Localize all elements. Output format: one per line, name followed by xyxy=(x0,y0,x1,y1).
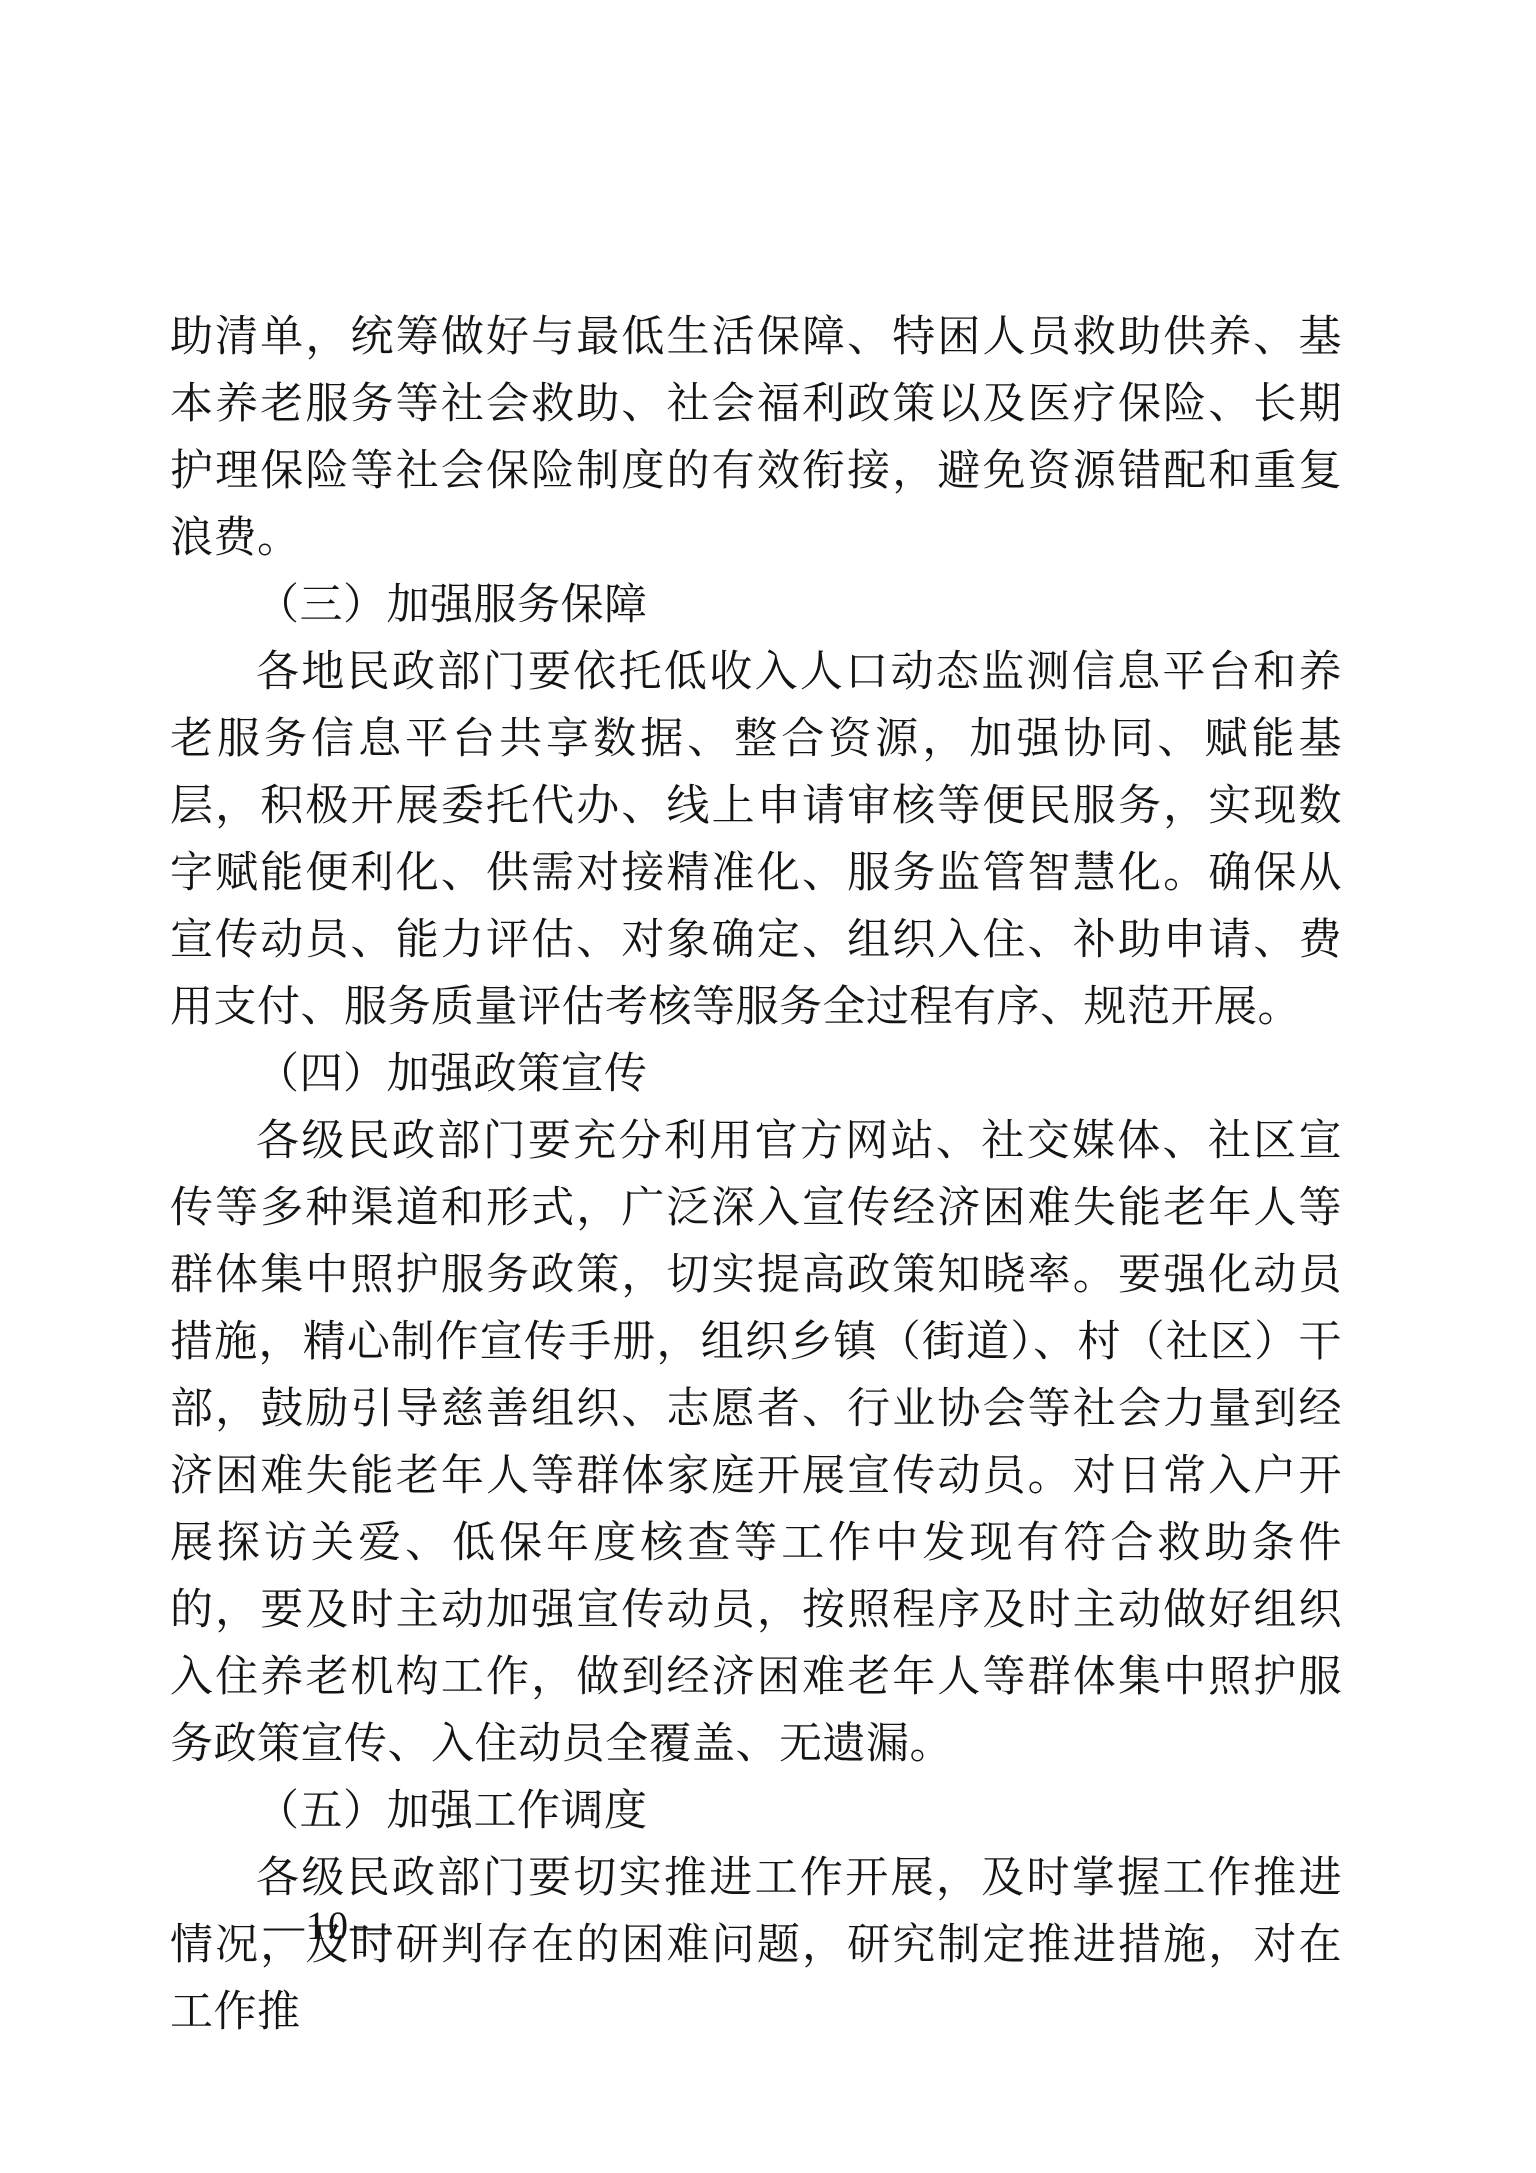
paragraph-policy-publicity: 各级民政部门要充分利用官方网站、社交媒体、社区宣传等多种渠道和形式，广泛深入宣传… xyxy=(170,1108,1342,1778)
section-heading-4-policy-publicity: （四）加强政策宣传 xyxy=(170,1041,1342,1108)
section-heading-5-work-scheduling: （五）加强工作调度 xyxy=(170,1778,1342,1845)
page-number: —10— xyxy=(264,1902,392,1950)
document-text-block: 助清单，统筹做好与最低生活保障、特困人员救助供养、基本养老服务等社会救助、社会福… xyxy=(170,304,1342,2046)
section-heading-3-service-guarantee: （三）加强服务保障 xyxy=(170,572,1342,639)
paragraph-service-guarantee: 各地民政部门要依托低收入人口动态监测信息平台和养老服务信息平台共享数据、整合资源… xyxy=(170,639,1342,1041)
document-page: 助清单，统筹做好与最低生活保障、特困人员救助供养、基本养老服务等社会救助、社会福… xyxy=(0,0,1536,2173)
paragraph-continuation: 助清单，统筹做好与最低生活保障、特困人员救助供养、基本养老服务等社会救助、社会福… xyxy=(170,304,1342,572)
